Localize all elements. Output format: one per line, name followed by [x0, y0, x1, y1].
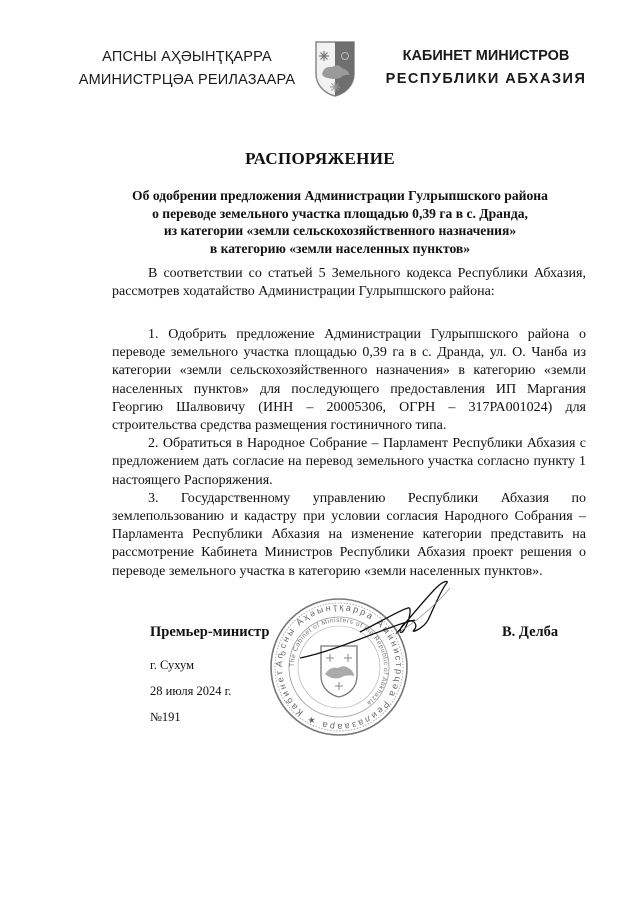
header-right-russian: КАБИНЕТ МИНИСТРОВ РЕСПУБЛИКИ АБХАЗИЯ	[382, 45, 590, 91]
document-number: №191	[150, 710, 181, 725]
order-item: 2. Обратиться в Народное Собрание – Парл…	[112, 435, 586, 490]
handwritten-signature	[300, 580, 450, 660]
subject-line: Об одобрении предложения Администрации Г…	[80, 187, 600, 205]
issue-city: г. Сухум	[150, 658, 194, 673]
subject-line: в категорию «земли населенных пунктов»	[80, 240, 600, 258]
document-subject: Об одобрении предложения Администрации Г…	[80, 187, 600, 257]
header-left-line2: АМИНИСТРЦӘА РЕИЛАЗААРА	[72, 69, 302, 92]
signatory-role: Премьер-министр	[150, 624, 269, 641]
preamble: В соответствии со статьей 5 Земельного к…	[112, 265, 586, 301]
order-items: 1. Одобрить предложение Администрации Гу…	[112, 326, 586, 581]
order-item: 1. Одобрить предложение Администрации Гу…	[112, 326, 586, 435]
header-right-line2: РЕСПУБЛИКИ АБХАЗИЯ	[382, 68, 590, 91]
subject-line: из категории «земли сельскохозяйственног…	[80, 222, 600, 240]
preamble-text: В соответствии со статьей 5 Земельного к…	[112, 265, 586, 301]
issue-date: 28 июля 2024 г.	[150, 684, 231, 699]
order-item: 3. Государственному управлению Республик…	[112, 490, 586, 581]
header-left-abkhaz: АПСНЫ АҲӘЫНҬҚАРРА АМИНИСТРЦӘА РЕИЛАЗААРА	[72, 46, 302, 92]
document-title: РАСПОРЯЖЕНИЕ	[0, 149, 640, 169]
header-right-line1: КАБИНЕТ МИНИСТРОВ	[382, 45, 590, 68]
header-left-line1: АПСНЫ АҲӘЫНҬҚАРРА	[72, 46, 302, 69]
coat-of-arms-icon	[314, 40, 356, 98]
signatory-name: В. Делба	[502, 624, 558, 641]
subject-line: о переводе земельного участка площадью 0…	[80, 205, 600, 223]
